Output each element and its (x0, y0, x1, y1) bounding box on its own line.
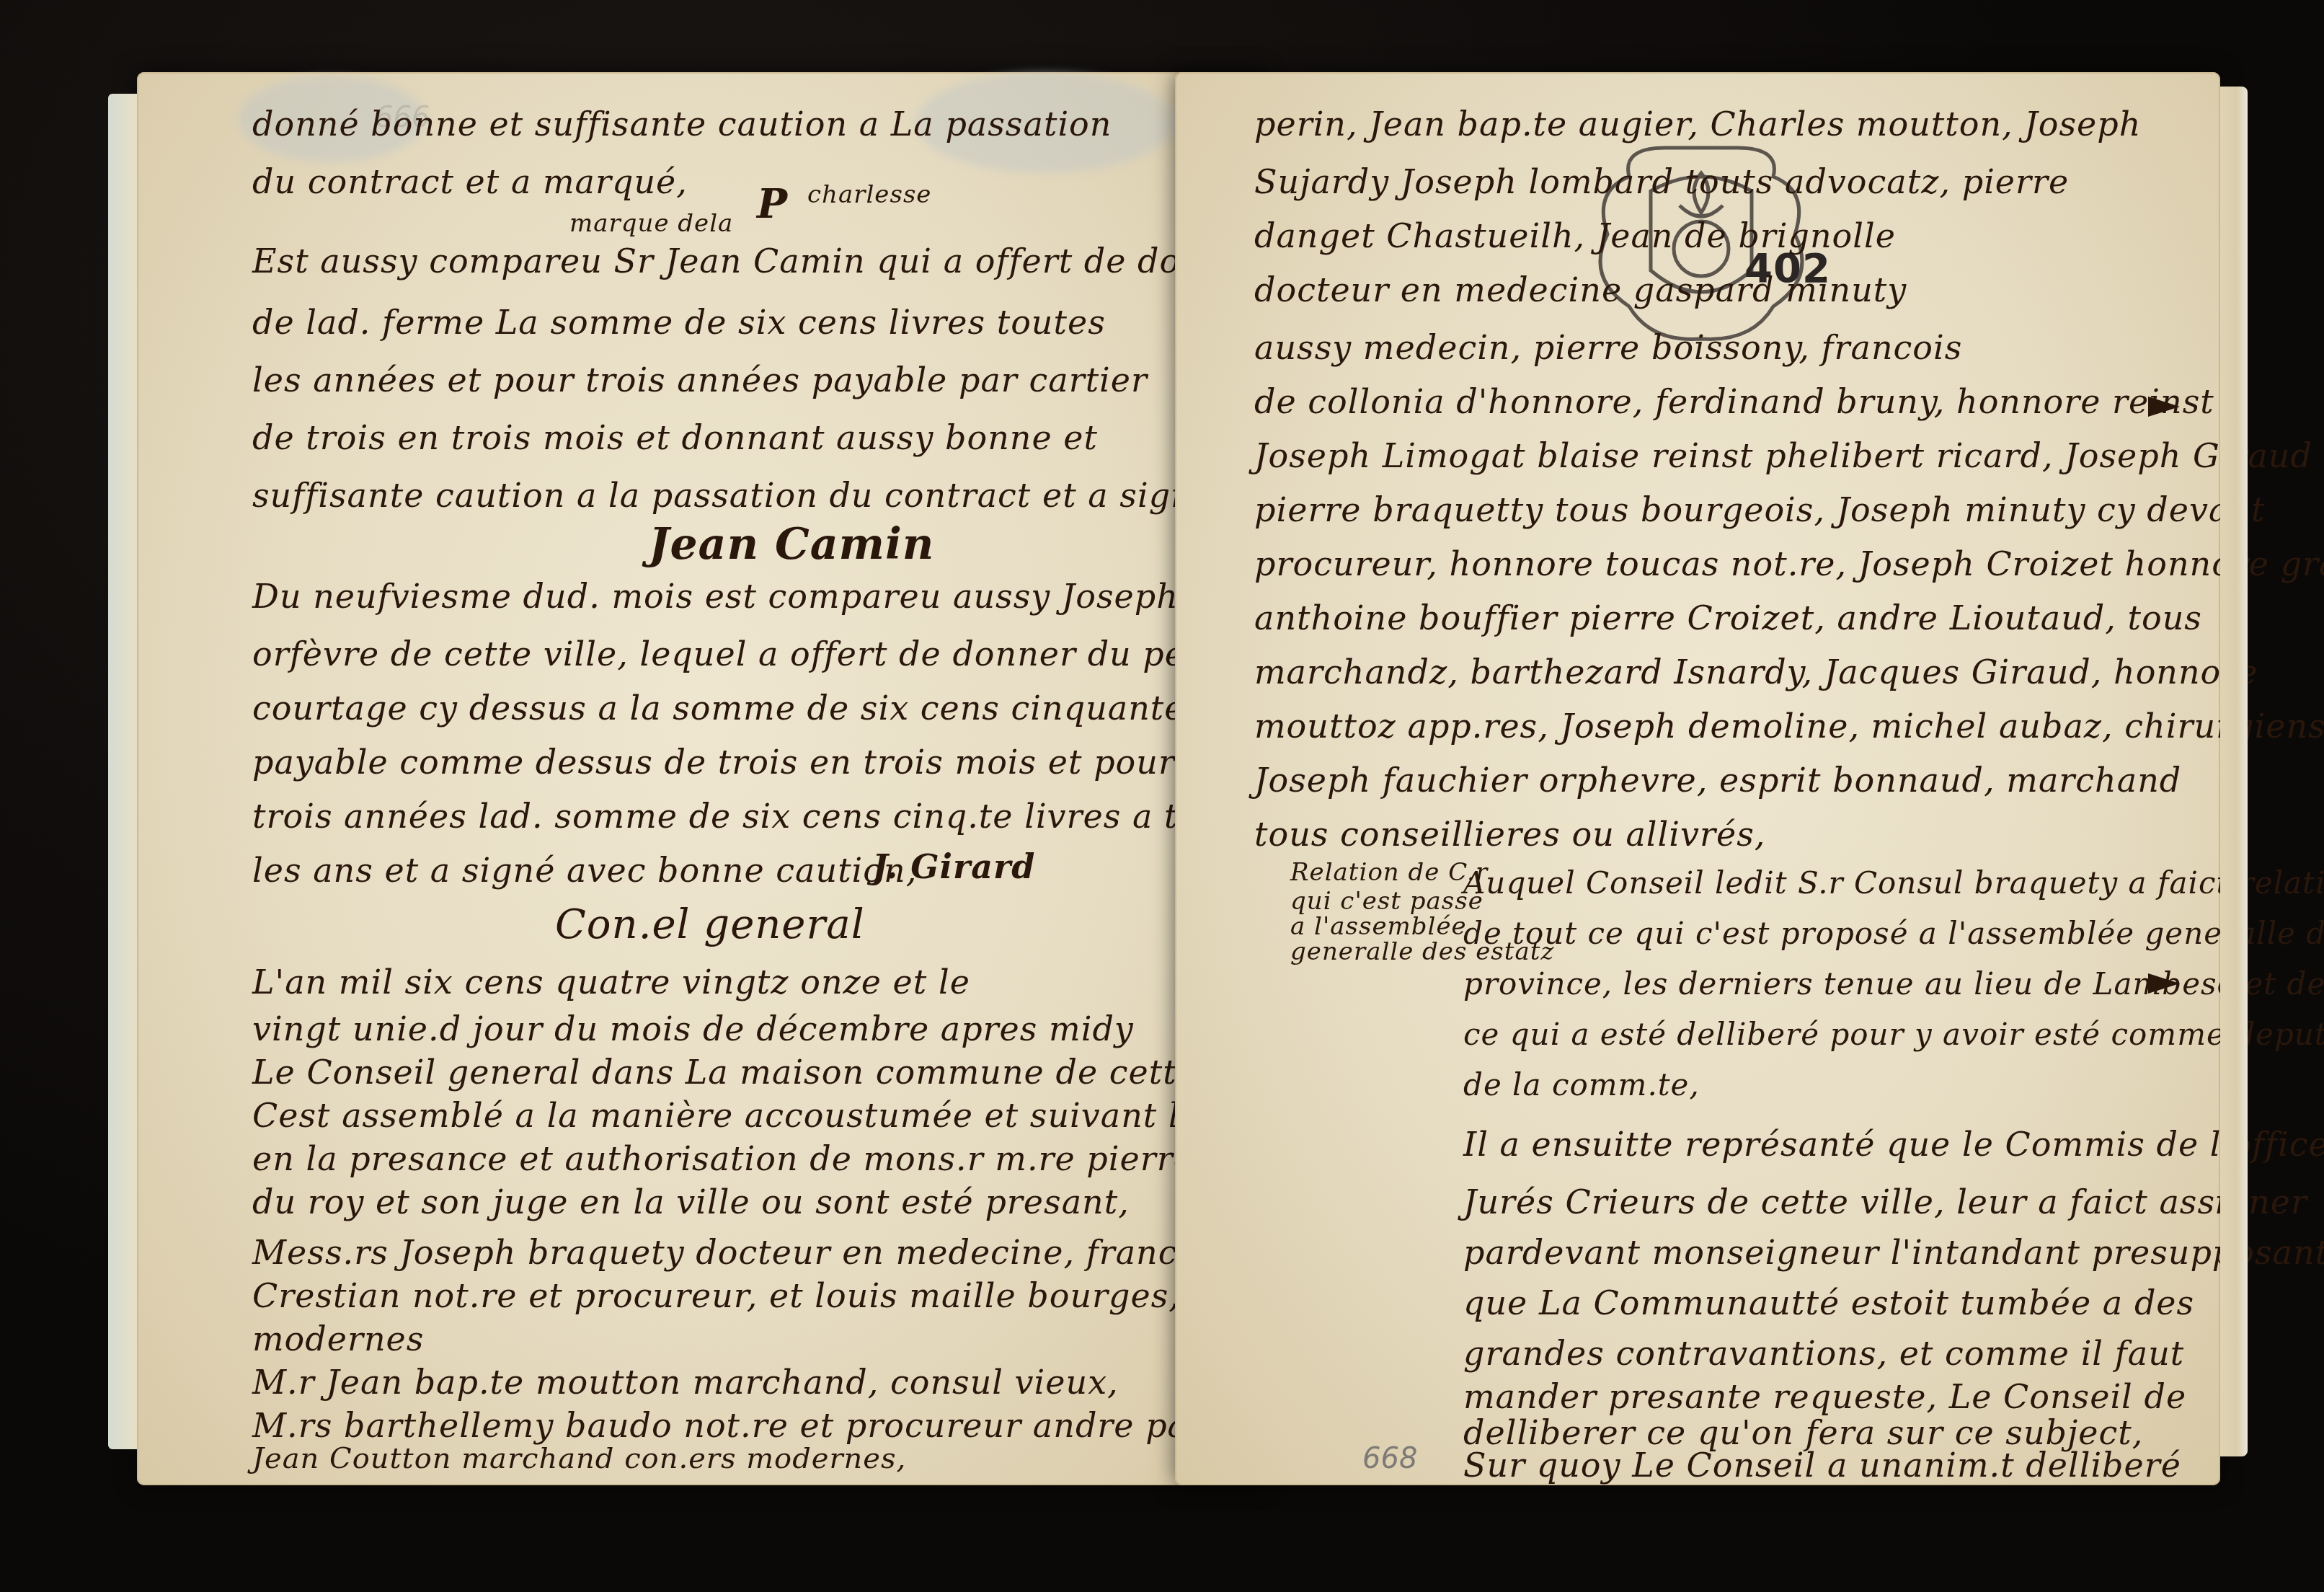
text-line: pierre braquetty tous bourgeois, Joseph … (1254, 490, 2266, 529)
text-line: du contract et a marqué, (252, 162, 688, 201)
entry-line: Jean Coutton marchand con.ers modernes, (252, 1442, 906, 1475)
proposal-line: Jurés Crieurs de cette ville, leur a fai… (1463, 1182, 2307, 1221)
margin-note: qui c'est passé (1290, 887, 1483, 916)
text-line: suffisante caution a la passation du con… (252, 476, 1225, 515)
signature-girard: J. Girard (872, 847, 1035, 886)
entry-line: L'an mil six cens quatre vingtz onze et … (252, 963, 970, 1001)
text-line: Du neufviesme dud. mois est compareu aus… (252, 577, 1304, 616)
open-register: 666 donné bonne et suffisante caution a … (108, 72, 2242, 1485)
text-line: payable comme dessus de trois en trois m… (252, 743, 1175, 782)
text-line: danget Chastueilh, Jean de brignolle (1254, 216, 1896, 255)
proposal-line: pardevant monseigneur l'intandant presup… (1463, 1233, 2324, 1272)
entry-line: modernes (252, 1319, 424, 1358)
text-line: tous conseillieres ou allivrés, (1254, 815, 1765, 854)
text-line: aussy medecin, pierre boissony, francois (1254, 328, 1962, 367)
mark-glyph: P (757, 180, 788, 228)
relation-line: Auquel Conseil ledit S.r Consul braquety… (1463, 865, 2324, 901)
margin-note: a l'assemblée (1290, 912, 1467, 941)
proposal-line: que La Communautté estoit tumbée a des (1463, 1283, 2194, 1322)
text-line: procureur, honnore toucas not.re, Joseph… (1254, 544, 2324, 583)
text-line: les ans et a signé avec bonne caution, (252, 851, 917, 890)
proposal-line: grandes contravantions, et comme il faut (1463, 1334, 2184, 1373)
text-line: Joseph Limogat blaise reinst phelibert r… (1254, 436, 2312, 475)
folio-number: 668 (1362, 1442, 1417, 1475)
right-page: 402 perin, Jean bap.te augier, Charles m… (1175, 72, 2220, 1485)
entry-line: du roy et son juge en la ville ou sont e… (252, 1182, 1130, 1221)
entry-line: M.r Jean bap.te moutton marchand, consul… (252, 1363, 1119, 1402)
text-line: de lad. ferme La somme de six cens livre… (252, 303, 1106, 342)
text-line: mouttoz app.res, Joseph demoline, michel… (1254, 707, 2324, 746)
entry-line: vingt unie.d jour du mois de décembre ap… (252, 1009, 1134, 1048)
relation-line: de la comm.te, (1463, 1067, 1700, 1102)
text-line: courtage cy dessus a la somme de six cen… (252, 689, 1292, 728)
text-line: trois années lad. somme de six cens cinq… (252, 797, 1273, 836)
text-line: Joseph fauchier orphevre, esprit bonnaud… (1254, 761, 2181, 800)
text-line: perin, Jean bap.te augier, Charles moutt… (1254, 105, 2141, 143)
relation-line: ce qui a esté delliberé pour y avoir est… (1463, 1017, 2324, 1052)
text-line: Sujardy Joseph lombard touts advocatz, p… (1254, 162, 2069, 201)
relation-line: province, les derniers tenue au lieu de … (1463, 966, 2324, 1001)
section-heading: Con.el general (555, 901, 865, 948)
left-page: 666 donné bonne et suffisante caution a … (137, 72, 1264, 1485)
entry-line: Mess.rs Joseph braquety docteur en medec… (252, 1233, 1228, 1272)
proposal-line: mander presante requeste, Le Conseil de (1463, 1377, 2186, 1416)
text-line: les années et pour trois années payable … (252, 361, 1148, 399)
proposal-line: Il a ensuitte représanté que le Commis d… (1463, 1125, 2324, 1164)
signature-camin: Jean Camin (649, 519, 934, 570)
text-line: donné bonne et suffisante caution a La p… (252, 105, 1112, 143)
entry-line: Crestian not.re et procureur, et louis m… (252, 1276, 1324, 1315)
relation-line: de tout ce qui c'est proposé a l'assembl… (1463, 916, 2324, 951)
text-line: Est aussy compareu Sr Jean Camin qui a o… (252, 242, 1261, 280)
text-line: docteur en medecine gaspard minuty (1254, 270, 1907, 309)
margin-arrow-icon (2148, 397, 2180, 417)
margin-note: Relation de C.r (1290, 858, 1488, 887)
text-line: de collonia d'honnore, ferdinand bruny, … (1254, 382, 2214, 421)
text-line: marque dela (569, 209, 733, 238)
proposal-line: Sur quoy Le Conseil a unanim.t delliberé (1463, 1446, 2181, 1485)
text-line: anthoine bouffier pierre Croizet, andre … (1254, 598, 2202, 637)
text-line: de trois en trois mois et donnant aussy … (252, 418, 1098, 457)
text-line: orfèvre de cette ville, lequel a offert … (252, 634, 1312, 673)
text-line: marchandz, barthezard Isnardy, Jacques G… (1254, 653, 2258, 691)
margin-arrow-icon (2148, 973, 2180, 994)
margin-annotation: charlesse (807, 180, 931, 209)
